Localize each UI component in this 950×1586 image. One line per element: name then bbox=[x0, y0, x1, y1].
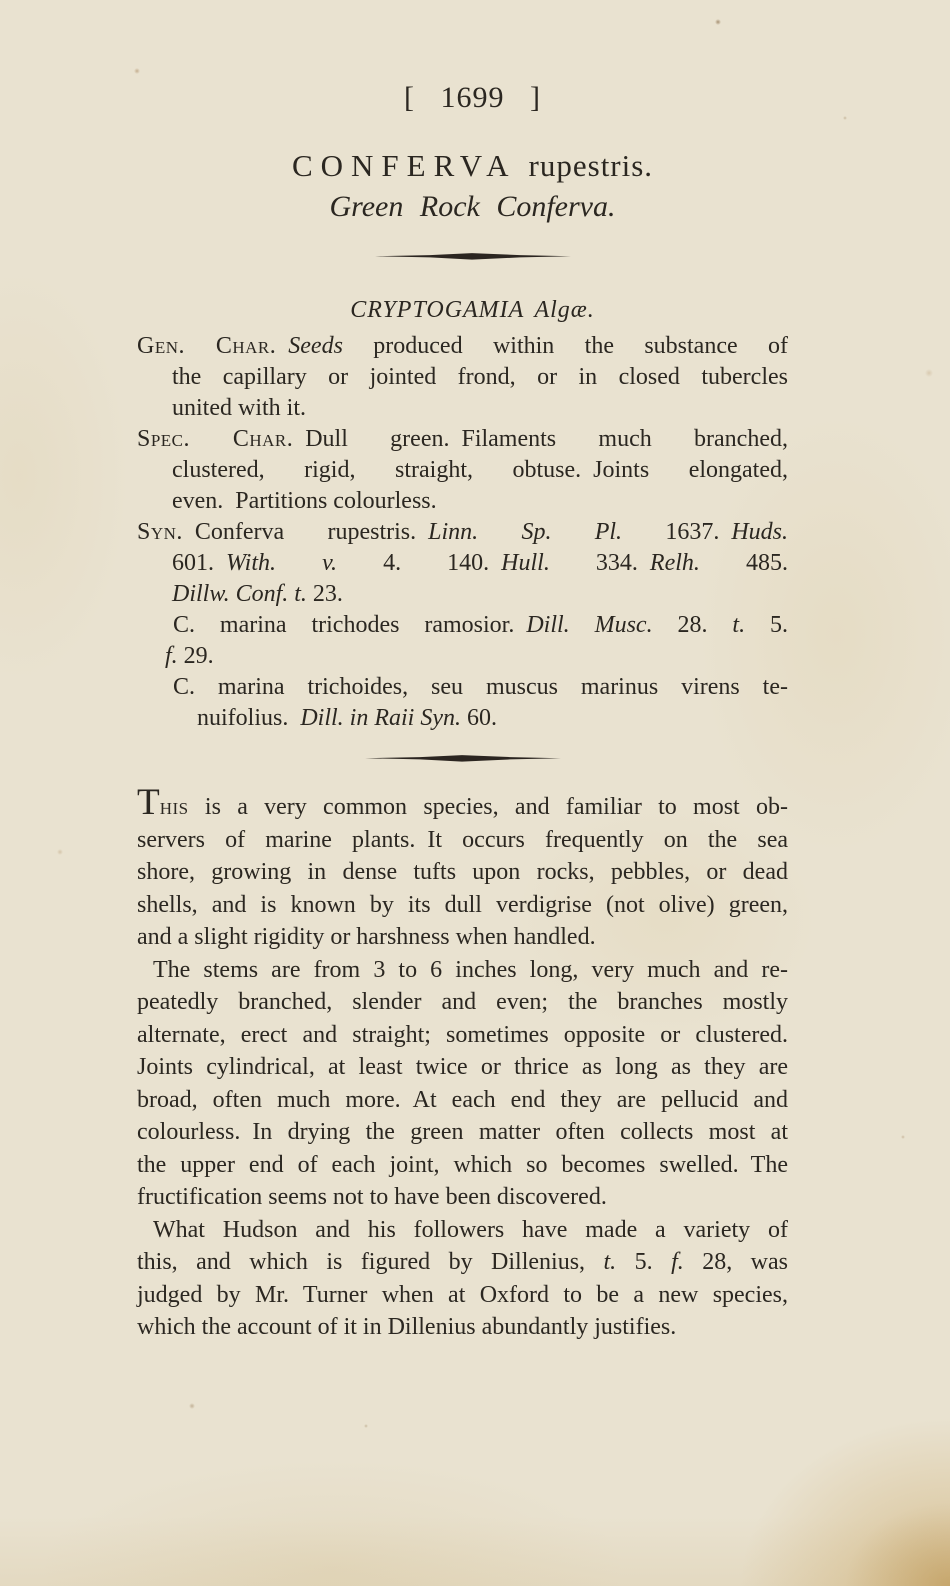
text-line: shore, growing in dense tufts upon rocks… bbox=[137, 856, 788, 889]
text-run: 1637. bbox=[622, 519, 731, 545]
text-run: and a slight rigidity or harshness when … bbox=[137, 924, 596, 950]
synonyms-block: Syn. Conferva rupestris. Linn. Sp. Pl. 1… bbox=[137, 517, 788, 610]
italic-text: Seeds bbox=[288, 333, 343, 359]
italic-text: t. bbox=[732, 612, 745, 638]
text-run: 334. bbox=[550, 550, 650, 576]
text-run: shells, and is known by its dull verdigr… bbox=[137, 892, 788, 918]
text-run: 23. bbox=[307, 581, 343, 607]
text-line: Dillw. Conf. t. 23. bbox=[172, 579, 788, 610]
italic-text: Hull. bbox=[501, 550, 550, 576]
italic-text: With. v. bbox=[226, 550, 337, 576]
text-run: peatedly branched, slender and even; the… bbox=[137, 989, 788, 1015]
paragraph-1: This is a very common species, and famil… bbox=[137, 791, 788, 954]
text-run: judged by Mr. Turner when at Oxford to b… bbox=[137, 1282, 788, 1308]
text-line: judged by Mr. Turner when at Oxford to b… bbox=[137, 1279, 788, 1312]
text-line: C. marina trichodes ramosior. Dill. Musc… bbox=[173, 610, 788, 641]
text-line: f. 29. bbox=[165, 641, 788, 672]
synonym-item-1: C. marina trichodes ramosior. Dill. Musc… bbox=[137, 610, 788, 672]
italic-text: Dillw. Conf. t. bbox=[172, 581, 307, 607]
text-run: even. Partitions colourless. bbox=[172, 488, 437, 514]
small-caps-text: Spec. Char. bbox=[137, 426, 293, 452]
text-line: fructification seems not to have been di… bbox=[137, 1181, 788, 1214]
text-line: nuifolius. Dill. in Raii Syn. 60. bbox=[197, 703, 788, 734]
text-run: clustered, rigid, straight, obtuse. Join… bbox=[172, 457, 788, 483]
synopsis-section: Gen. Char. Seeds produced within the sub… bbox=[137, 331, 788, 734]
text-line: Joints cylindrical, at least twice or th… bbox=[137, 1051, 788, 1084]
text-run: alternate, erect and straight; sometimes… bbox=[137, 1022, 788, 1048]
paragraph-2: The stems are from 3 to 6 inches long, v… bbox=[137, 954, 788, 1214]
text-line: This is a very common species, and famil… bbox=[137, 791, 788, 824]
text-line: the capillary or jointed frond, or in cl… bbox=[172, 362, 788, 393]
text-line: Syn. Conferva rupestris. Linn. Sp. Pl. 1… bbox=[137, 517, 788, 548]
small-caps-text: Syn. bbox=[137, 519, 183, 545]
section-divider-rule bbox=[365, 754, 561, 763]
text-line: What Hudson and his followers have made … bbox=[153, 1214, 788, 1247]
text-line: servers of marine plants. It occurs freq… bbox=[137, 824, 788, 857]
text-line: shells, and is known by its dull verdigr… bbox=[137, 889, 788, 922]
text-run: produced within the substance of bbox=[343, 333, 788, 359]
small-caps-text: Gen. Char. bbox=[137, 333, 276, 359]
text-run: 5. bbox=[616, 1249, 671, 1275]
swelled-rule-icon bbox=[365, 754, 561, 763]
text-run: 5. bbox=[745, 612, 788, 638]
swelled-rule-icon bbox=[375, 252, 571, 261]
italic-text: f. bbox=[165, 643, 178, 669]
text-line: Gen. Char. Seeds produced within the sub… bbox=[137, 331, 788, 362]
genus-name: CONFERVA bbox=[292, 148, 517, 183]
text-line: The stems are from 3 to 6 inches long, v… bbox=[153, 954, 788, 987]
italic-text: Linn. Sp. Pl. bbox=[428, 519, 622, 545]
page-content: [ 1699 ] CONFERVArupestris. Green Rock C… bbox=[0, 0, 950, 1344]
page-number: [ 1699 ] bbox=[147, 80, 798, 116]
text-run: servers of marine plants. It occurs freq… bbox=[137, 827, 788, 853]
text-run: united with it. bbox=[172, 395, 306, 421]
text-run: 29. bbox=[178, 643, 214, 669]
text-run: C. marina trichoides, seu muscus marinus… bbox=[173, 674, 788, 700]
text-run: C. marina trichodes ramosior. bbox=[173, 612, 526, 638]
description-text: This is a very common species, and famil… bbox=[137, 791, 788, 1344]
text-line: united with it. bbox=[172, 393, 788, 424]
text-run: 28, was bbox=[684, 1249, 788, 1275]
text-line: and a slight rigidity or harshness when … bbox=[137, 921, 788, 954]
text-run bbox=[276, 333, 288, 359]
text-run: The stems are from 3 to 6 inches long, v… bbox=[153, 957, 788, 983]
text-run: 4. 140. bbox=[337, 550, 501, 576]
text-line: C. marina trichoides, seu muscus marinus… bbox=[173, 672, 788, 703]
text-line: this, and which is figured by Dillenius,… bbox=[137, 1246, 788, 1279]
italic-text: Dill. in Raii Syn. bbox=[300, 705, 461, 731]
specific-character-block: Spec. Char. Dull green. Filaments much b… bbox=[137, 424, 788, 517]
text-line: peatedly branched, slender and even; the… bbox=[137, 986, 788, 1019]
text-line: 601. With. v. 4. 140. Hull. 334. Relh. 4… bbox=[172, 548, 788, 579]
heading-group: [ 1699 ] CONFERVArupestris. Green Rock C… bbox=[147, 80, 798, 325]
text-line: broad, often much more. At each end they… bbox=[137, 1084, 788, 1117]
classification-line: CRYPTOGAMIA Algæ. bbox=[147, 295, 798, 325]
generic-character-block: Gen. Char. Seeds produced within the sub… bbox=[137, 331, 788, 424]
text-run: is a very common species, and familiar t… bbox=[189, 794, 788, 820]
text-line: the upper end of each joint, which so be… bbox=[137, 1149, 788, 1182]
small-caps-text: his bbox=[160, 794, 189, 820]
text-run: the upper end of each joint, which so be… bbox=[137, 1152, 788, 1178]
italic-text: Dill. Musc. bbox=[526, 612, 652, 638]
text-run: 28. bbox=[653, 612, 733, 638]
synonym-item-2: C. marina trichoides, seu muscus marinus… bbox=[137, 672, 788, 734]
italic-text: Relh. bbox=[650, 550, 700, 576]
text-run: Conferva rupestris. bbox=[183, 519, 428, 545]
species-epithet: rupestris. bbox=[529, 148, 654, 183]
text-run: Joints cylindrical, at least twice or th… bbox=[137, 1054, 788, 1080]
text-run: this, and which is figured by Dillenius, bbox=[137, 1249, 604, 1275]
text-run: which the account of it in Dillenius abu… bbox=[137, 1314, 676, 1340]
text-line: alternate, erect and straight; sometimes… bbox=[137, 1019, 788, 1052]
book-page: { "colors": { "paper": "#e9e2d0", "ink":… bbox=[0, 0, 950, 1586]
section-divider-rule bbox=[375, 252, 571, 261]
text-line: colourless. In drying the green matter o… bbox=[137, 1116, 788, 1149]
text-run: 60. bbox=[461, 705, 497, 731]
text-line: which the account of it in Dillenius abu… bbox=[137, 1311, 788, 1344]
text-line: even. Partitions colourless. bbox=[172, 486, 788, 517]
initial-capital: T bbox=[137, 782, 160, 823]
text-run: What Hudson and his followers have made … bbox=[153, 1217, 788, 1243]
paragraph-3: What Hudson and his followers have made … bbox=[137, 1214, 788, 1344]
text-run: colourless. In drying the green matter o… bbox=[137, 1119, 788, 1145]
text-line: clustered, rigid, straight, obtuse. Join… bbox=[172, 455, 788, 486]
text-run: shore, growing in dense tufts upon rocks… bbox=[137, 859, 788, 885]
text-run: Dull green. Filaments much branched, bbox=[293, 426, 788, 452]
text-run: 601. bbox=[172, 550, 226, 576]
text-run: nuifolius. bbox=[197, 705, 300, 731]
text-run: fructification seems not to have been di… bbox=[137, 1184, 607, 1210]
italic-text: Huds. bbox=[731, 519, 788, 545]
species-title: CONFERVArupestris. bbox=[147, 146, 798, 186]
text-run: the capillary or jointed frond, or in cl… bbox=[172, 364, 788, 390]
text-line: Spec. Char. Dull green. Filaments much b… bbox=[137, 424, 788, 455]
text-run: broad, often much more. At each end they… bbox=[137, 1087, 788, 1113]
text-run: 485. bbox=[700, 550, 788, 576]
italic-text: t. bbox=[604, 1249, 617, 1275]
common-name: Green Rock Conferva. bbox=[147, 188, 798, 226]
italic-text: f. bbox=[671, 1249, 684, 1275]
